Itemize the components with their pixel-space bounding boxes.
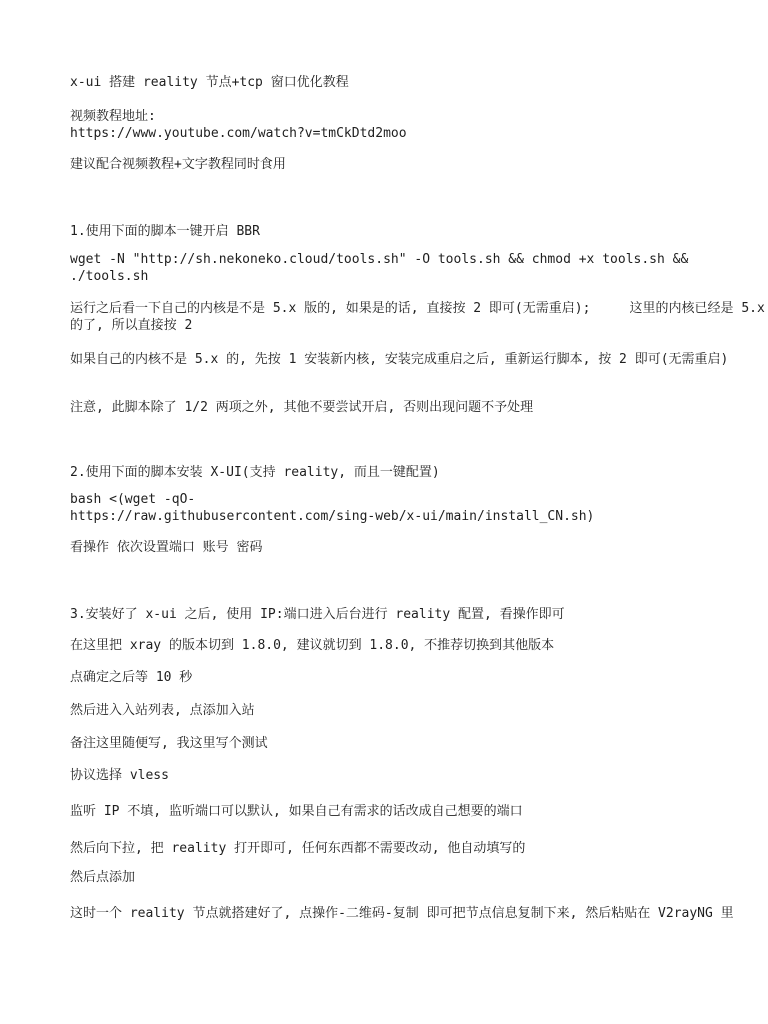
step3-add-button-note: 然后点添加 — [70, 869, 765, 886]
step3-inbound-list-note: 然后进入入站列表, 点添加入站 — [70, 702, 765, 719]
step3-protocol-note: 协议选择 vless — [70, 767, 765, 784]
step1-kernel-install-note: 如果自己的内核不是 5.x 的, 先按 1 安装新内核, 安装完成重启之后, 重… — [70, 351, 765, 368]
step2-xui-install-command: bash <(wget -qO- https://raw.githubuserc… — [70, 491, 765, 525]
step3-confirm-wait-note: 点确定之后等 10 秒 — [70, 669, 765, 686]
video-tutorial-url-link[interactable]: https://www.youtube.com/watch?v=tmCkDtd2… — [70, 125, 765, 142]
step2-heading: 2.使用下面的脚本安装 X-UI(支持 reality, 而且一键配置) — [70, 464, 765, 481]
step3-reality-toggle-note: 然后向下拉, 把 reality 打开即可, 任何东西都不需要改动, 他自动填写… — [70, 840, 765, 857]
document-page: x-ui 搭建 reality 节点+tcp 窗口优化教程 视频教程地址: ht… — [0, 0, 768, 1024]
step1-kernel-note: 运行之后看一下自己的内核是不是 5.x 版的, 如果是的话, 直接按 2 即可(… — [70, 300, 765, 334]
usage-advice-line: 建议配合视频教程+文字教程同时食用 — [70, 156, 765, 173]
step1-warning-note: 注意, 此脚本除了 1/2 两项之外, 其他不要尝试开启, 否则出现问题不予处理 — [70, 399, 765, 416]
step3-remark-note: 备注这里随便写, 我这里写个测试 — [70, 735, 765, 752]
step3-listen-ip-note: 监听 IP 不填, 监听端口可以默认, 如果自己有需求的话改成自己想要的端口 — [70, 803, 765, 820]
video-tutorial-label: 视频教程地址: — [70, 108, 765, 125]
step1-bbr-command: wget -N "http://sh.nekoneko.cloud/tools.… — [70, 251, 765, 285]
step3-node-complete-note: 这时一个 reality 节点就搭建好了, 点操作-二维码-复制 即可把节点信息… — [70, 905, 765, 922]
step2-setup-note: 看操作 依次设置端口 账号 密码 — [70, 539, 765, 556]
step3-heading: 3.安装好了 x-ui 之后, 使用 IP:端口进入后台进行 reality 配… — [70, 606, 765, 623]
step3-xray-version-note: 在这里把 xray 的版本切到 1.8.0, 建议就切到 1.8.0, 不推荐切… — [70, 637, 765, 654]
doc-title: x-ui 搭建 reality 节点+tcp 窗口优化教程 — [70, 74, 765, 91]
step1-heading: 1.使用下面的脚本一键开启 BBR — [70, 223, 765, 240]
